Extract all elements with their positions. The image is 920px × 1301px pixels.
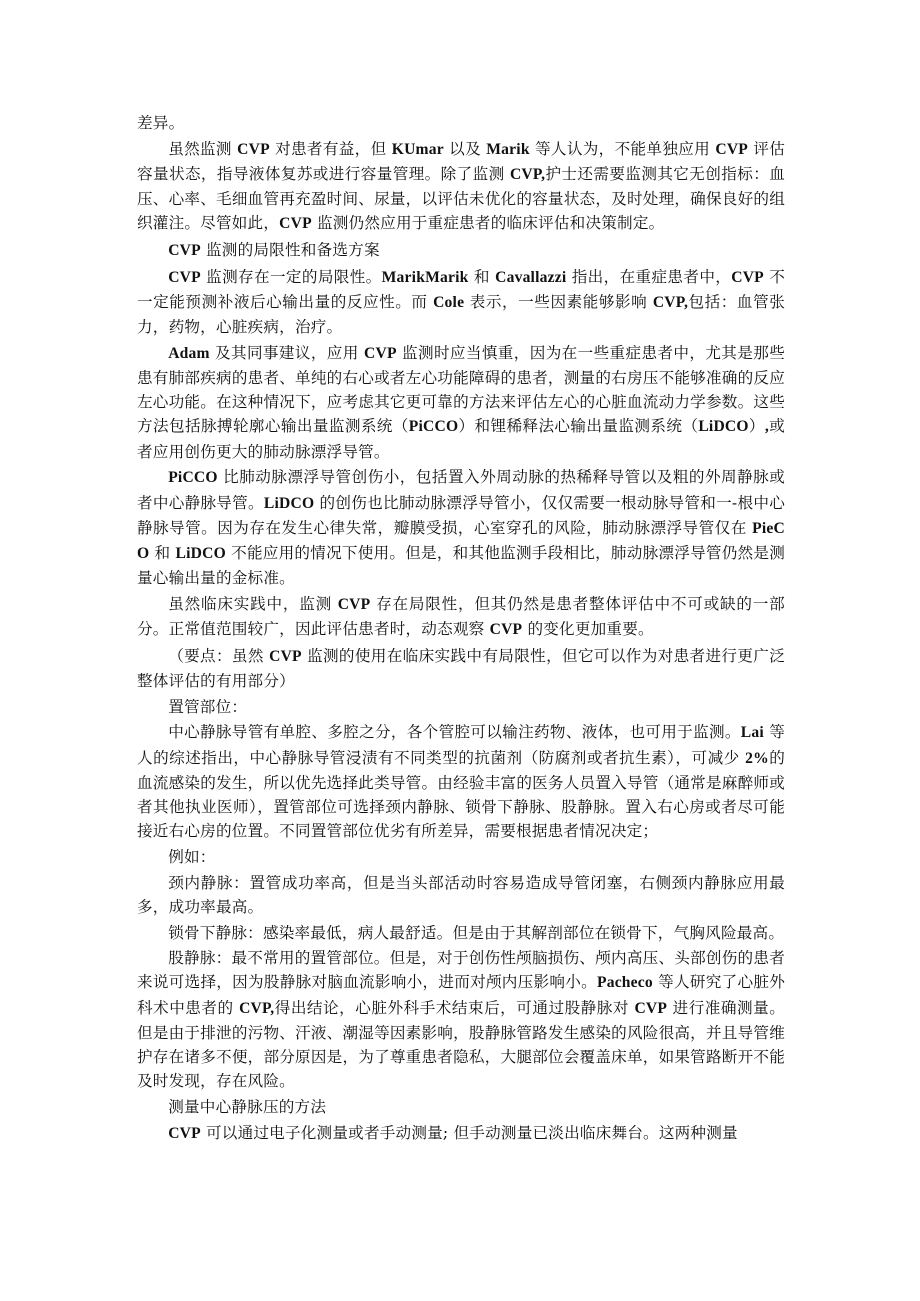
paragraph: CVP 可以通过电子化测量或者手动测量; 但手动测量已淡出临床舞台。这两种测量 [137,1121,785,1146]
bold-term: 2% [745,750,769,767]
document-page: 差异。虽然监测 CVP 对患者有益，但 KUmar 以及 Marik 等人认为，… [137,111,785,1147]
text-run: 差异。 [137,114,184,132]
text-run: 的变化更加重要。 [522,620,654,638]
text-run: 得出结论，心脏外科手术结束后，可通过股静脉对 [274,999,634,1017]
paragraph: PiCCO 比肺动脉漂浮导管创伤小，包括置入外周动脉的热稀释导管以及粗的外周静脉… [137,465,785,590]
paragraph: （要点：虽然 CVP 监测的使用在临床实践中有局限性，但它可以作为对患者进行更广… [137,644,785,693]
bold-term: CVP [634,1000,667,1017]
bold-term: CVP [168,269,201,286]
bold-term: LiDCO [264,495,314,512]
bold-term: Adam [168,345,210,362]
text-run: 可以通过电子化测量或者手动测量; 但手动测量已淡出临床舞台。这两种测量 [201,1124,738,1142]
bold-term: CVP [490,621,523,638]
text-run: 以及 [444,140,486,158]
text-run: 和 [469,268,496,286]
text-run: 表示，一些因素能够影响 [464,293,653,311]
bold-term: Pacheco [597,974,653,991]
section-heading: 测量中心静脉压的方法 [137,1095,785,1119]
bold-term: Lai [741,724,764,741]
paragraph: Adam 及其同事建议，应用 CVP 监测时应当慎重，因为在一些重症患者中，尤其… [137,341,785,464]
bold-term: MarikMarik [382,269,469,286]
paragraph: 颈内静脉：置管成功率高，但是当头部活动时容易造成导管闭塞，右侧颈内静脉应用最多，… [137,871,785,919]
bold-term: Cole [433,294,464,311]
bold-term: LiDCO [176,545,226,562]
text-run: 监测存在一定的局限性。 [201,268,382,286]
section-heading: 置管部位： [137,695,785,719]
text-run: 等人认为，不能单独应用 [530,140,716,158]
text-run: 测量中心静脉压的方法 [168,1098,326,1116]
bold-term: CVP [168,242,201,259]
text-run: 不能应用的情况下使用。但是，和其他监测手段相比，肺动脉漂浮导管仍然是测量心输出量… [137,544,785,587]
text-run: 颈内静脉：置管成功率高，但是当头部活动时容易造成导管闭塞，右侧颈内静脉应用最多，… [137,874,785,916]
bold-term: CVP, [653,294,688,311]
text-run: 置管部位： [168,698,247,716]
bold-term: CVP [364,345,397,362]
bold-term: PiCCO [409,418,459,435]
paragraph: 股静脉：最不常用的置管部位。但是，对于创伤性颅脑损伤、颅内高压、头部创伤的患者来… [137,946,785,1093]
bold-term: CVP [715,141,748,158]
bold-term: CVP, [239,1000,274,1017]
text-run: 锁骨下静脉：感染率最低，病人最舒适。但是由于其解剖部位在锁骨下，气胸风险最高。 [168,924,784,942]
paragraph: 虽然监测 CVP 对患者有益，但 KUmar 以及 Marik 等人认为，不能单… [137,137,785,237]
bold-term: CVP [731,269,764,286]
paragraph: 虽然临床实践中，监测 CVP 存在局限性，但其仍然是患者整体评估中不可或缺的一部… [137,592,785,642]
paragraph: CVP 监测存在一定的局限性。MarikMarik 和 Cavallazzi 指… [137,265,785,340]
text-run: 监测的局限性和备选方案 [201,241,380,259]
text-run: 虽然监测 [168,140,237,158]
text-run: 中心静脉导管有单腔、多腔之分，各个管腔可以输注药物、液体，也可用于监测。 [168,723,741,741]
paragraph: 锁骨下静脉：感染率最低，病人最舒适。但是由于其解剖部位在锁骨下，气胸风险最高。 [137,921,785,945]
bold-term: CVP [279,215,312,232]
bold-term: KUmar [392,141,444,158]
text-run: 监测仍然应用于重症患者的临床评估和决策制定。 [312,214,665,232]
bold-term: CVP [237,141,270,158]
paragraph: 差异。 [137,111,785,135]
text-run: （要点：虽然 [168,647,269,665]
bold-term: CVP, [510,166,545,183]
text-run: 和 [149,544,175,562]
bold-term: Cavallazzi [495,269,566,286]
text-run: ）和锂稀释法心输出量监测系统（ [458,417,698,435]
text-run: 指出，在重症患者中， [566,268,731,286]
text-run: 例如： [168,848,215,866]
text-run: 及其同事建议，应用 [210,344,364,362]
paragraph: 中心静脉导管有单腔、多腔之分，各个管腔可以输注药物、液体，也可用于监测。Lai … [137,720,785,843]
bold-term: LiDCO [698,418,748,435]
bold-term: Marik [486,141,529,158]
paragraph: 例如： [137,845,785,869]
text-run: 对患者有益，但 [270,140,392,158]
bold-term: PiCCO [168,469,218,486]
bold-term: CVP [168,1125,201,1142]
text-run: ） [749,417,765,435]
text-run: 虽然临床实践中，监测 [168,595,338,613]
bold-term: CVP [269,648,302,665]
bold-term: CVP [338,596,371,613]
section-heading: CVP 监测的局限性和备选方案 [137,238,785,263]
